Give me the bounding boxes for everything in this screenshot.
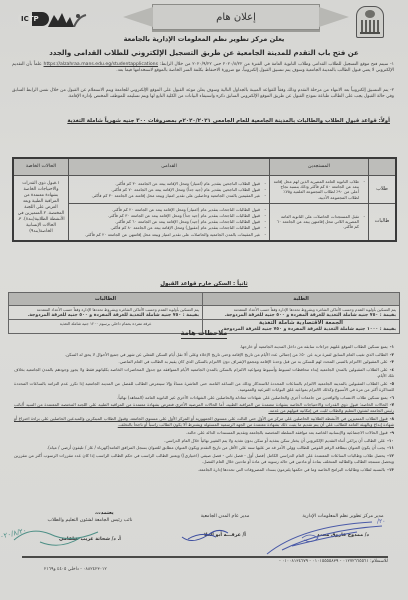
section-2-title: ثانياً : السكن خارج قواعد القبول <box>0 281 408 287</box>
note-item: ١٣-بالنسبة لطلاب وطالبات البرامج الخاصة … <box>14 467 394 473</box>
category-cell: طلاب <box>369 176 397 204</box>
note-item: ٨-قبول الطلاب المتميزين في الأنشطة الطلا… <box>14 416 394 428</box>
category-cell: طالبات <box>369 203 397 241</box>
contact-info: للاستعلام: ٠١٢٧٢٦٦٥٥٦١ - ٠١٠١٥٥٥٥٨٣٩ - ٠… <box>22 559 388 572</box>
note-item: ١-يمنع تسكين الطلاب الموقع عليهم جزاءات … <box>14 344 394 350</box>
handwritten-signature-icon <box>178 523 238 545</box>
new-cell: طلاب الثانوية العامة المصرية الذين لهم م… <box>270 176 369 204</box>
col-category <box>369 158 397 176</box>
male-cell: يتم التسكين بأولوية التقدم وحسب الأماكن … <box>202 306 399 320</box>
col-special: الحالات الخاصة <box>13 158 69 176</box>
announcement-page: إعلان هام ICTP يعلن مركز تطوير نظم المعل… <box>0 0 408 600</box>
announcement-title-banner: إعلان هام <box>152 4 320 30</box>
notes-title: ملاحظات هامة <box>0 329 408 337</box>
col-new: المستجدين <box>270 158 369 176</box>
special-cases-cell: ١.قبول ذوي القدرات والاحتياجات الخاصة بش… <box>13 176 69 241</box>
handwritten-signature-icon <box>262 516 392 556</box>
note-item: ٦-يمنع تسكين طلاب الانتساب والوافدين من … <box>14 395 394 401</box>
announcement-title: إعلان هام <box>216 12 256 23</box>
footer-divider <box>22 556 388 558</box>
note-item: ١١-يجب أن يكون العنوان ببطاقة الرقم القو… <box>14 445 394 451</box>
section-1-title: أولاً: قواعد قبول الطلاب والطالبات بالمد… <box>30 118 390 124</box>
header-line-2: عن فتح باب التقدم للمدينة الجامعية عن طر… <box>0 49 408 57</box>
new-cell: تقبل المستجدات الحاصلات على الثانوية الع… <box>270 203 369 241</box>
table-row-female: طالبات تقبل المستجدات الحاصلات على الثان… <box>13 203 396 241</box>
note-item: ٩-قبول الحالات الاجتماعية والإنسانية الخ… <box>14 430 394 436</box>
female-cell: يتم التسكين بأولوية التقدم وحسب الأماكن … <box>9 306 203 320</box>
university-crest-logo <box>356 6 384 38</box>
mis-logo <box>48 11 88 27</box>
old-cell: قبول الطلاب الناجحين بتقدير عام (امتياز)… <box>69 176 270 204</box>
note-item: ١٢-يحصل طلاب وطالبات الساعات المعتمدة عل… <box>14 453 394 465</box>
note-item: ٣-على المقبولين الالتزام بالمبنى المحدد … <box>14 359 394 365</box>
intro-paragraph-2: ٢- يتم التنسيق إلكترونياً بعد الانتهاء م… <box>12 88 394 101</box>
col-old: القدامى <box>69 158 270 176</box>
intro-paragraph-1: ١- سيتم فتح موقع التسجيل للطلاب القدامى … <box>12 62 394 75</box>
ictp-logo: ICTP <box>18 12 49 26</box>
notes-list: ١-يمنع تسكين الطلاب الموقع عليهم جزاءات … <box>14 344 394 474</box>
approval-label: يعتمد،،، <box>95 510 114 516</box>
header-line-1: يعلن مركز تطوير نظم المعلومات الإدارية ب… <box>0 35 408 43</box>
admission-rules-table: المستجدين القدامى الحالات الخاصة طلاب طل… <box>12 157 397 242</box>
outside-rules-table: الطلبة الطالبات يتم التسكين بأولوية التق… <box>8 292 400 334</box>
note-item: ٤-على الطلاب المقبولين بالمدن الجامعية إ… <box>14 367 394 379</box>
note-item: ٢-الطالب الذي تغيب العام السابق لفترة تز… <box>14 352 394 358</box>
note-item: ٧-الحالات الخاصة: قبول ذوي القدرات والاح… <box>14 402 394 414</box>
old-cell: قبول الطالبات الناجحات بتقدير عام (امتيا… <box>69 203 270 241</box>
col-male: الطلبة <box>202 293 399 306</box>
table-row-male: طلاب طلاب الثانوية العامة المصرية الذين … <box>13 176 396 204</box>
col-female: الطالبات <box>9 293 203 306</box>
note-item: ١٠-على الطالب أن يراعي أثناء التقديم الإ… <box>14 438 394 444</box>
registration-link[interactable]: https://alzahraa.mans.edu.eg/studentappl… <box>44 62 158 67</box>
note-item: ٥-على الطلاب المقبولين بالمدينة الجامعية… <box>14 381 394 393</box>
